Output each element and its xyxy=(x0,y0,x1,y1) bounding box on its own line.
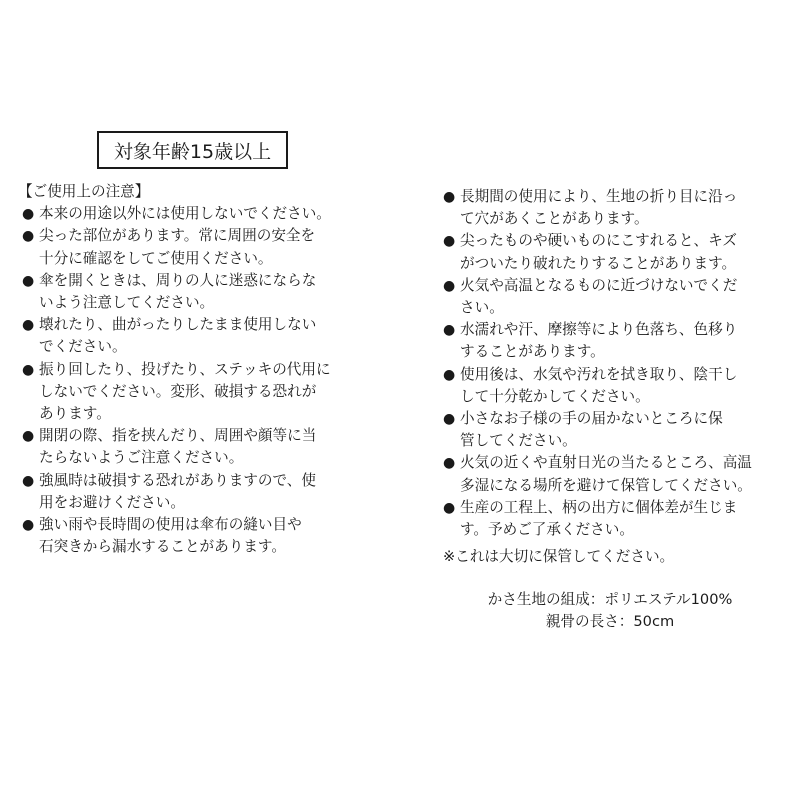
fabric-composition: かさ生地の組成：ポリエステル100% xyxy=(430,589,790,611)
precaution-text: 長期間の使用により、生地の折り目に沿っ て穴があくことがあります。 xyxy=(460,186,788,230)
bullet-icon: ● xyxy=(443,408,460,452)
precaution-text: 水濡れや汗、摩擦等により色落ち、色移り することがあります。 xyxy=(460,319,788,363)
precaution-item: ●尖ったものや硬いものにこすれると、キズ がついたり破れたりすることがあります。 xyxy=(443,230,788,274)
precaution-text: 強い雨や長時間の使用は傘布の縫い目や 石突きから漏水することがあります。 xyxy=(39,514,367,558)
precaution-text: 生産の工程上、柄の出方に個体差が生じま す。予めご了承ください。 xyxy=(460,497,788,541)
precaution-item: ●尖った部位があります。常に周囲の安全を 十分に確認をしてご使用ください。 xyxy=(22,225,367,269)
bullet-icon: ● xyxy=(443,364,460,408)
precaution-item: ●強い雨や長時間の使用は傘布の縫い目や 石突きから漏水することがあります。 xyxy=(22,514,367,558)
precautions-title: 【ご使用上の注意】 xyxy=(18,181,367,203)
bullet-icon: ● xyxy=(443,452,460,496)
precaution-item: ●壊れたり、曲がったりしたまま使用しない でください。 xyxy=(22,314,367,358)
precautions-right-column: ●長期間の使用により、生地の折り目に沿っ て穴があくことがあります。 ●尖ったも… xyxy=(443,186,788,541)
precaution-text: 尖ったものや硬いものにこすれると、キズ がついたり破れたりすることがあります。 xyxy=(460,230,788,274)
precaution-text: 開閉の際、指を挟んだり、周囲や顔等に当 たらないようご注意ください。 xyxy=(39,425,367,469)
precaution-item: ●火気の近くや直射日光の当たるところ、高温 多湿になる場所を避けて保管してくださ… xyxy=(443,452,788,496)
precaution-text: 振り回したり、投げたり、ステッキの代用に しないでください。変形、破損する恐れが… xyxy=(39,359,367,426)
precaution-text: 使用後は、水気や汚れを拭き取り、陰干し して十分乾かしてください。 xyxy=(460,364,788,408)
bullet-icon: ● xyxy=(22,270,39,314)
target-age-label: 対象年齢15歳以上 xyxy=(97,131,288,169)
bullet-icon: ● xyxy=(22,314,39,358)
precaution-item: ●火気や高温となるものに近づけないでくだ さい。 xyxy=(443,275,788,319)
precaution-text: 火気や高温となるものに近づけないでくだ さい。 xyxy=(460,275,788,319)
bullet-icon: ● xyxy=(443,186,460,230)
precaution-text: 火気の近くや直射日光の当たるところ、高温 多湿になる場所を避けて保管してください… xyxy=(460,452,788,496)
precaution-text: 強風時は破損する恐れがありますので、使 用をお避けください。 xyxy=(39,470,367,514)
rib-length: 親骨の長さ：50cm xyxy=(430,611,790,633)
bullet-icon: ● xyxy=(443,230,460,274)
bullet-icon: ● xyxy=(22,359,39,426)
bullet-icon: ● xyxy=(22,425,39,469)
precaution-item: ●小さなお子様の手の届かないところに保 管してください。 xyxy=(443,408,788,452)
precaution-item: ●使用後は、水気や汚れを拭き取り、陰干し して十分乾かしてください。 xyxy=(443,364,788,408)
precaution-text: 本来の用途以外には使用しないでください。 xyxy=(39,203,367,225)
bullet-icon: ● xyxy=(22,514,39,558)
precaution-text: 小さなお子様の手の届かないところに保 管してください。 xyxy=(460,408,788,452)
precautions-left-column: 【ご使用上の注意】 ●本来の用途以外には使用しないでください。 ●尖った部位があ… xyxy=(22,181,367,558)
bullet-icon: ● xyxy=(443,275,460,319)
bullet-icon: ● xyxy=(22,203,39,225)
precaution-text: 傘を開くときは、周りの人に迷惑にならな いよう注意してください。 xyxy=(39,270,367,314)
keep-note: ※これは大切に保管してください。 xyxy=(443,545,674,566)
precaution-text: 尖った部位があります。常に周囲の安全を 十分に確認をしてご使用ください。 xyxy=(39,225,367,269)
precaution-item: ●強風時は破損する恐れがありますので、使 用をお避けください。 xyxy=(22,470,367,514)
precaution-item: ●開閉の際、指を挟んだり、周囲や顔等に当 たらないようご注意ください。 xyxy=(22,425,367,469)
bullet-icon: ● xyxy=(22,225,39,269)
precaution-item: ●本来の用途以外には使用しないでください。 xyxy=(22,203,367,225)
target-age-text: 対象年齢15歳以上 xyxy=(114,137,271,164)
bullet-icon: ● xyxy=(443,497,460,541)
precaution-item: ●振り回したり、投げたり、ステッキの代用に しないでください。変形、破損する恐れ… xyxy=(22,359,367,426)
precaution-text: 壊れたり、曲がったりしたまま使用しない でください。 xyxy=(39,314,367,358)
product-specs: かさ生地の組成：ポリエステル100% 親骨の長さ：50cm xyxy=(430,589,790,633)
bullet-icon: ● xyxy=(22,470,39,514)
bullet-icon: ● xyxy=(443,319,460,363)
precaution-item: ●生産の工程上、柄の出方に個体差が生じま す。予めご了承ください。 xyxy=(443,497,788,541)
precaution-item: ●長期間の使用により、生地の折り目に沿っ て穴があくことがあります。 xyxy=(443,186,788,230)
precaution-item: ●水濡れや汗、摩擦等により色落ち、色移り することがあります。 xyxy=(443,319,788,363)
precaution-item: ●傘を開くときは、周りの人に迷惑にならな いよう注意してください。 xyxy=(22,270,367,314)
